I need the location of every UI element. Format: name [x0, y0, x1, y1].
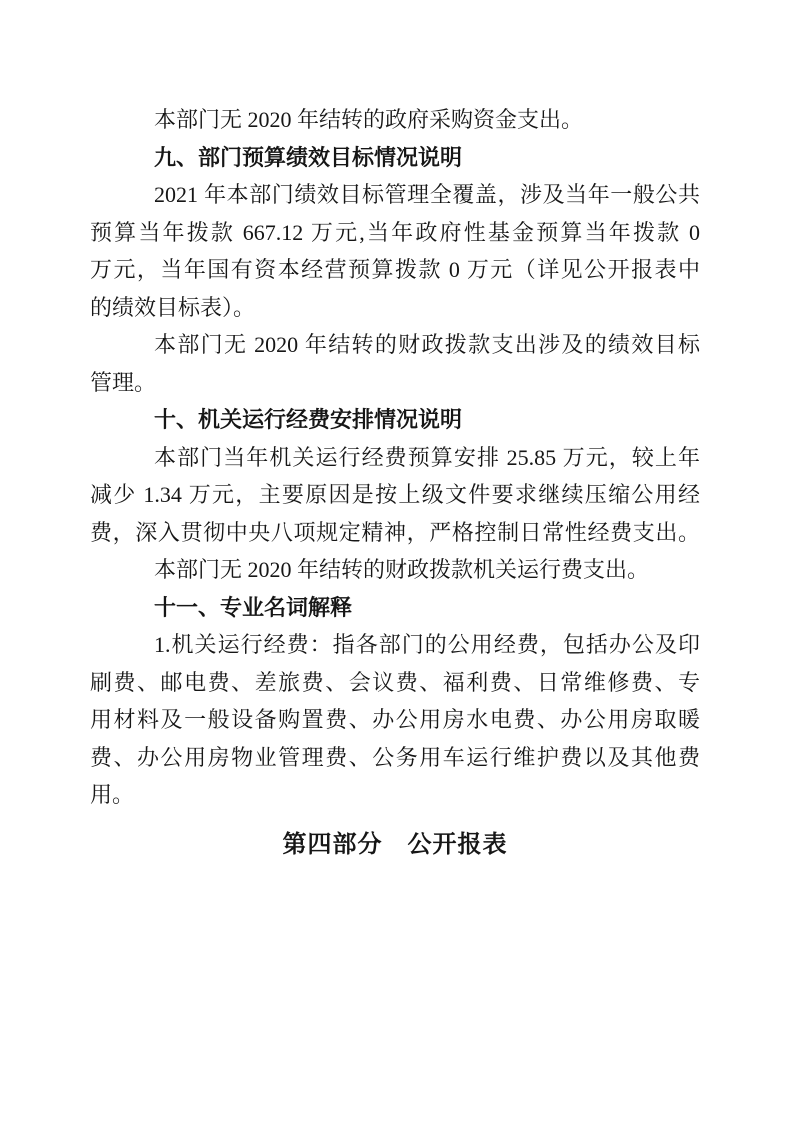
para-no-carryover-operating: 本部门无 2020 年结转的财政拨款机关运行费支出。	[90, 551, 700, 589]
paragraph-line: 管理。	[90, 364, 700, 402]
heading-section-9: 九、部门预算绩效目标情况说明	[90, 139, 700, 177]
para-no-procurement-carryover: 本部门无 2020 年结转的政府采购资金支出。	[90, 101, 700, 139]
paragraph-line: 本部门当年机关运行经费预算安排 25.85 万元，较上年	[90, 439, 700, 477]
paragraph-line: 费、办公用房物业管理费、公务用车运行维护费以及其他费	[90, 739, 700, 777]
paragraph-line: 本部门无 2020 年结转的政府采购资金支出。	[90, 101, 700, 139]
document-page: 本部门无 2020 年结转的政府采购资金支出。 九、部门预算绩效目标情况说明 2…	[0, 0, 793, 1122]
para-term-definition: 1.机关运行经费：指各部门的公用经费，包括办公及印 刷费、邮电费、差旅费、会议费…	[90, 626, 700, 814]
paragraph-line: 刷费、邮电费、差旅费、会议费、福利费、日常维修费、专	[90, 664, 700, 702]
paragraph-line: 1.机关运行经费：指各部门的公用经费，包括办公及印	[90, 626, 700, 664]
section-heading: 十一、专业名词解释	[90, 589, 700, 627]
heading-section-10: 十、机关运行经费安排情况说明	[90, 401, 700, 439]
heading-section-11: 十一、专业名词解释	[90, 589, 700, 627]
para-performance-targets: 2021 年本部门绩效目标管理全覆盖，涉及当年一般公共 预算当年拨款 667.1…	[90, 176, 700, 326]
paragraph-line: 本部门无 2020 年结转的财政拨款支出涉及的绩效目标	[90, 326, 700, 364]
paragraph-line: 2021 年本部门绩效目标管理全覆盖，涉及当年一般公共	[90, 176, 700, 214]
part4-title-block: 第四部分 公开报表	[90, 826, 700, 864]
section-heading: 十、机关运行经费安排情况说明	[90, 401, 700, 439]
paragraph-line: 本部门无 2020 年结转的财政拨款机关运行费支出。	[90, 551, 700, 589]
para-operating-expense: 本部门当年机关运行经费预算安排 25.85 万元，较上年 减少 1.34 万元，…	[90, 439, 700, 552]
section-heading: 九、部门预算绩效目标情况说明	[90, 139, 700, 177]
document-body: 本部门无 2020 年结转的政府采购资金支出。 九、部门预算绩效目标情况说明 2…	[90, 101, 700, 864]
paragraph-line: 用。	[90, 776, 700, 814]
paragraph-line: 费，深入贯彻中央八项规定精神，严格控制日常性经费支出。	[90, 514, 700, 552]
paragraph-line: 的绩效目标表）。	[90, 289, 700, 327]
paragraph-line: 减少 1.34 万元，主要原因是按上级文件要求继续压缩公用经	[90, 476, 700, 514]
paragraph-line: 用材料及一般设备购置费、办公用房水电费、办公用房取暖	[90, 701, 700, 739]
para-no-carryover-performance: 本部门无 2020 年结转的财政拨款支出涉及的绩效目标 管理。	[90, 326, 700, 401]
paragraph-line: 万元，当年国有资本经营预算拨款 0 万元（详见公开报表中	[90, 251, 700, 289]
paragraph-line: 预算当年拨款 667.12 万元,当年政府性基金预算当年拨款 0	[90, 214, 700, 252]
part-title: 第四部分 公开报表	[90, 826, 700, 864]
